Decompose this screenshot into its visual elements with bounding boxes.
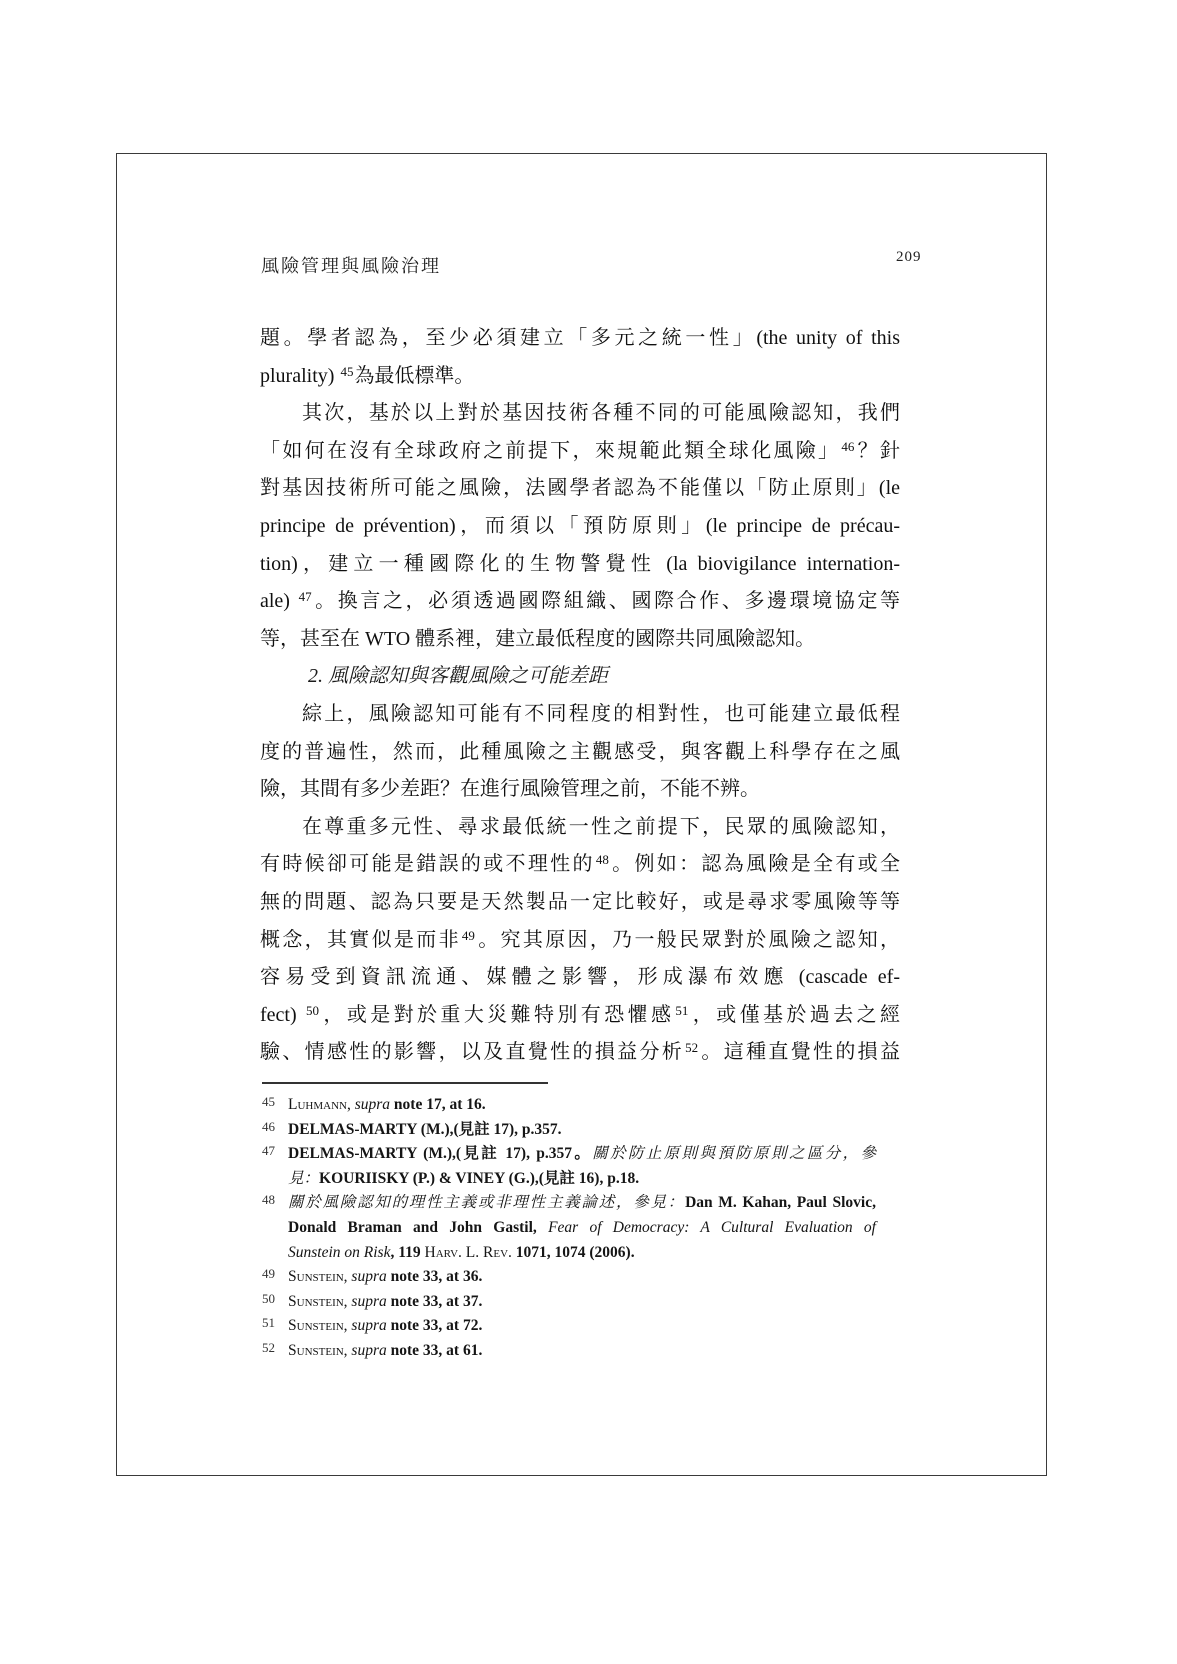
- body-text-line: 度的普遍性，然而，此種風險之主觀感受，與客觀上科學存在之風: [260, 734, 900, 772]
- footnote-number: 52: [262, 1336, 275, 1361]
- body-text-segment: 為最低標準。: [354, 365, 474, 387]
- footnote-supra: supra: [351, 1317, 386, 1334]
- body-text-segment: ，或僅基於過去之經: [689, 1004, 900, 1026]
- body-text-line: 容易受到資訊流通、媒體之影響，形成瀑布效應 (cascade ef-: [260, 959, 900, 997]
- footnote-cite: 1071, 1074 (2006).: [512, 1244, 635, 1261]
- footnote-author: Sunstein,: [288, 1268, 351, 1285]
- body-text-line: tion)，建立一種國際化的生物警覺性 (la biovigilance int…: [260, 546, 900, 584]
- body-text-segment: ，或是對於重大災難特別有恐懼感: [320, 1004, 674, 1026]
- body-text-line: 險，其間有多少差距？在進行風險管理之前，不能不辨。: [260, 771, 900, 809]
- footnote-cite: note 33, at 36.: [387, 1268, 483, 1285]
- footnote-ref: 49: [461, 928, 476, 943]
- footnote-note-text: 關於防止原則與預防原則之區分，參: [592, 1145, 876, 1162]
- footnote-cite: Donald Braman and John Gastil,: [288, 1219, 548, 1236]
- footnote-author: Sunstein,: [288, 1317, 351, 1334]
- footnote-number: 51: [262, 1311, 275, 1336]
- body-text-line: 綜上，風險認知可能有不同程度的相對性，也可能建立最低程: [260, 696, 900, 734]
- body-text-segment: 對基因技術所可能之風險，法國學者認為不能僅以「防止原則」(le: [260, 477, 900, 499]
- footnote-52: 52Sunstein, supra note 33, at 61.: [262, 1339, 876, 1364]
- footnote-line: Donald Braman and John Gastil, Fear of D…: [288, 1216, 876, 1241]
- body-text-block: 題。學者認為，至少必須建立「多元之統一性」(the unity of this …: [260, 320, 900, 1072]
- body-text-segment: 。這種直覺性的損益: [699, 1041, 900, 1063]
- footnote-title-italic: Sunstein on Risk: [288, 1244, 390, 1261]
- footnote-ref: 45: [339, 364, 354, 379]
- footnote-49: 49Sunstein, supra note 33, at 36.: [262, 1265, 876, 1290]
- body-text-segment: fect): [260, 1004, 305, 1026]
- footnote-author: Sunstein,: [288, 1293, 351, 1310]
- footnote-number: 46: [262, 1115, 275, 1140]
- footnote-number: 45: [262, 1090, 275, 1115]
- body-text-segment: 其次，基於以上對於基因技術各種不同的可能風險認知，我們: [302, 402, 900, 424]
- footnote-45: 45Luhmann, supra note 17, at 16.: [262, 1093, 876, 1118]
- footnote-supra: supra: [351, 1342, 386, 1359]
- body-text-segment: 等，甚至在 WTO 體系裡，建立最低程度的國際共同風險認知。: [260, 628, 815, 650]
- body-text-line: 在尊重多元性、尋求最低統一性之前提下，民眾的風險認知，: [260, 809, 900, 847]
- footnote-cite: Dan M. Kahan, Paul Slovic,: [685, 1194, 876, 1211]
- footnote-ref: 52: [684, 1040, 699, 1055]
- body-text-line: 無的問題、認為只要是天然製品一定比較好，或是尋求零風險等等: [260, 884, 900, 922]
- body-text-line: 有時候卻可能是錯誤的或不理性的48。例如：認為風險是全有或全: [260, 846, 900, 884]
- scanned-book-page: { "header": { "title": "風險管理與風險治理", "pag…: [0, 0, 1177, 1664]
- body-text-segment: 綜上，風險認知可能有不同程度的相對性，也可能建立最低程: [302, 703, 900, 725]
- footnote-ref: 51: [674, 1003, 689, 1018]
- body-text-segment: 題。學者認為，至少必須建立「多元之統一性」(the unity of this: [260, 327, 900, 349]
- body-text-line: 「如何在沒有全球政府之前提下，來規範此類全球化風險」46？針: [260, 433, 900, 471]
- body-text-segment: principe de prévention)，而須以「預防原則」(le pri…: [260, 515, 900, 537]
- footnote-ref: 47: [298, 589, 313, 604]
- footnote-author: Luhmann,: [288, 1096, 355, 1113]
- footnote-number: 47: [262, 1139, 275, 1164]
- body-text-line: fect) 50，或是對於重大災難特別有恐懼感51，或僅基於過去之經: [260, 997, 900, 1035]
- footnote-line: DELMAS-MARTY (M.),(見註 17), p.357。關於防止原則與…: [288, 1142, 876, 1167]
- body-text-segment: 。例如：認為風險是全有或全: [610, 853, 900, 875]
- body-text-segment: ale): [260, 590, 298, 612]
- body-text-segment: 。換言之，必須透過國際組織、國際合作、多邊環境協定等: [313, 590, 900, 612]
- body-text-line: plurality) 45為最低標準。: [260, 358, 900, 396]
- body-text-segment: 險，其間有多少差距？在進行風險管理之前，不能不辨。: [260, 778, 760, 800]
- footnote-ref: 50: [305, 1003, 320, 1018]
- running-head-title: 風險管理與風險治理: [261, 252, 441, 278]
- footnote-51: 51Sunstein, supra note 33, at 72.: [262, 1314, 876, 1339]
- footnote-supra: supra: [351, 1293, 386, 1310]
- footnote-ref: 48: [595, 852, 610, 867]
- footnote-note-text: 關於風險認知的理性主義或非理性主義論述，參見：: [288, 1194, 685, 1211]
- page-number: 209: [896, 249, 922, 266]
- footnote-50: 50Sunstein, supra note 33, at 37.: [262, 1290, 876, 1315]
- footnote-line: 關於風險認知的理性主義或非理性主義論述，參見：Dan M. Kahan, Pau…: [288, 1191, 876, 1216]
- body-text-line: 驗、情感性的影響，以及直覺性的損益分析52。這種直覺性的損益: [260, 1034, 900, 1072]
- footnote-cite: DELMAS-MARTY (M.),(見註 17), p.357。: [288, 1145, 592, 1162]
- body-text-line: 等，甚至在 WTO 體系裡，建立最低程度的國際共同風險認知。: [260, 621, 900, 659]
- footnote-46: 46DELMAS-MARTY (M.),(見註 17), p.357.: [262, 1118, 876, 1143]
- footnote-number: 49: [262, 1262, 275, 1287]
- body-text-segment: ？針: [855, 440, 900, 462]
- footnote-reporter: Harv. L. Rev.: [425, 1244, 512, 1261]
- footnote-cite: DELMAS-MARTY (M.),(見註 17), p.357.: [288, 1121, 562, 1138]
- footnote-cite: KOURIISKY (P.) & VINEY (G.),(見註 16), p.1…: [319, 1170, 639, 1187]
- body-text-line: 題。學者認為，至少必須建立「多元之統一性」(the unity of this: [260, 320, 900, 358]
- body-text-segment: tion)，建立一種國際化的生物警覺性 (la biovigilance int…: [260, 553, 900, 575]
- body-text-line: 對基因技術所可能之風險，法國學者認為不能僅以「防止原則」(le: [260, 470, 900, 508]
- footnote-author: Sunstein,: [288, 1342, 351, 1359]
- body-text-segment: 無的問題、認為只要是天然製品一定比較好，或是尋求零風險等等: [260, 891, 900, 913]
- footnote-cite: , 119: [390, 1244, 424, 1261]
- footnote-note-text: 見：: [288, 1170, 319, 1187]
- footnote-ref: 46: [840, 439, 855, 454]
- body-text-segment: 。究其原因，乃一般民眾對於風險之認知，: [476, 929, 900, 951]
- footnote-cite: note 17, at 16.: [390, 1096, 486, 1113]
- footnote-cite: note 33, at 72.: [387, 1317, 483, 1334]
- body-text-segment: 度的普遍性，然而，此種風險之主觀感受，與客觀上科學存在之風: [260, 741, 900, 763]
- footnote-47: 47 DELMAS-MARTY (M.),(見註 17), p.357。關於防止…: [262, 1142, 876, 1191]
- footnote-line: Sunstein on Risk, 119 Harv. L. Rev. 1071…: [288, 1241, 876, 1266]
- footnote-number: 50: [262, 1287, 275, 1312]
- body-text-segment: 容易受到資訊流通、媒體之影響，形成瀑布效應 (cascade ef-: [260, 966, 900, 988]
- footnote-separator: [262, 1082, 548, 1084]
- body-text-segment: 驗、情感性的影響，以及直覺性的損益分析: [260, 1041, 684, 1063]
- body-text-segment: plurality): [260, 365, 339, 387]
- footnote-supra: supra: [351, 1268, 386, 1285]
- footnote-48: 48 關於風險認知的理性主義或非理性主義論述，參見：Dan M. Kahan, …: [262, 1191, 876, 1265]
- footnote-title-italic: Fear of Democracy: A Cultural Evaluation…: [548, 1219, 876, 1236]
- body-text-segment: 概念，其實似是而非: [260, 929, 461, 951]
- footnote-number: 48: [262, 1188, 275, 1213]
- footnote-line: 見：KOURIISKY (P.) & VINEY (G.),(見註 16), p…: [288, 1167, 876, 1192]
- body-text-segment: 在尊重多元性、尋求最低統一性之前提下，民眾的風險認知，: [302, 816, 900, 838]
- footnote-supra: supra: [355, 1096, 390, 1113]
- body-text-line: 其次，基於以上對於基因技術各種不同的可能風險認知，我們: [260, 395, 900, 433]
- body-text-segment: 有時候卻可能是錯誤的或不理性的: [260, 853, 595, 875]
- body-text-segment: 「如何在沒有全球政府之前提下，來規範此類全球化風險」: [260, 440, 840, 462]
- footnotes-block: 45Luhmann, supra note 17, at 16. 46DELMA…: [262, 1093, 876, 1364]
- footnote-cite: note 33, at 61.: [387, 1342, 483, 1359]
- section-heading-text: 2. 風險認知與客觀風險之可能差距: [308, 665, 608, 687]
- body-text-line: 概念，其實似是而非49。究其原因，乃一般民眾對於風險之認知，: [260, 922, 900, 960]
- body-text-line: principe de prévention)，而須以「預防原則」(le pri…: [260, 508, 900, 546]
- footnote-cite: note 33, at 37.: [387, 1293, 483, 1310]
- section-heading: 2. 風險認知與客觀風險之可能差距: [260, 658, 900, 696]
- body-text-line: ale) 47。換言之，必須透過國際組織、國際合作、多邊環境協定等: [260, 583, 900, 621]
